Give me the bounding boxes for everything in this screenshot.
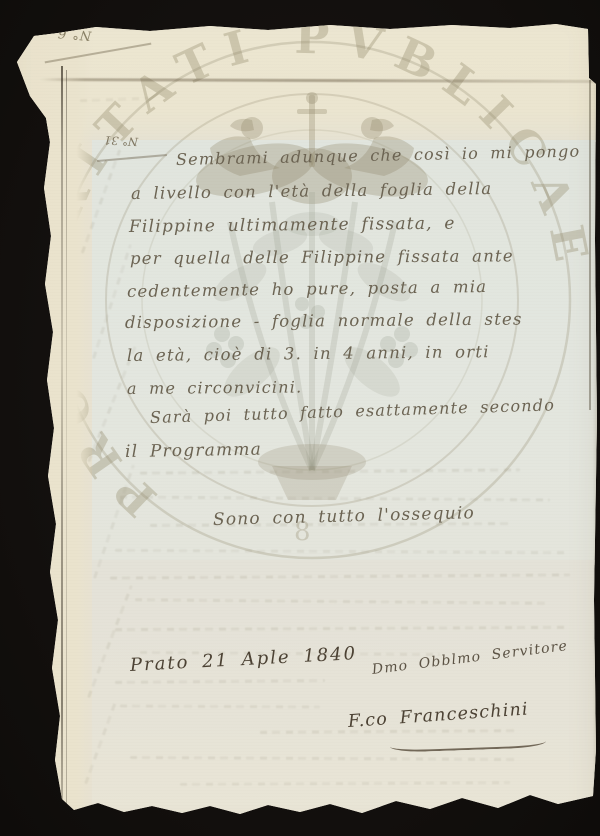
left-fold-line: [61, 66, 63, 808]
archival-number-margin-underline: [97, 154, 167, 162]
letter-line: a livello con l'età della foglia della: [131, 179, 493, 203]
bleedthrough-row: [81, 149, 121, 253]
bleedthrough-row: [135, 598, 545, 605]
bleedthrough-row: [87, 585, 133, 698]
letter-page: PROSPERITATI PVBLICAE: [0, 0, 600, 836]
dateline: Prato 21 Aple 1840: [129, 643, 357, 676]
bleedthrough-row: [110, 573, 570, 579]
bleedthrough-row: [84, 699, 118, 785]
letter-line: Sembrami adunque che così io mi pongo: [176, 142, 581, 169]
bouquet-vase: [258, 444, 366, 500]
bleedthrough-row: [130, 756, 520, 761]
underleaf-edge-strip: [0, 0, 93, 836]
signature: F.co Franceschini: [347, 699, 529, 732]
letter-line: disposizione - foglia normale della stes: [125, 310, 523, 332]
horizontal-crease: [40, 78, 596, 83]
paper-top-fold-band: [0, 0, 600, 142]
bleedthrough-row: [115, 679, 325, 684]
letter-line: la età, cioè di 3. in 4 anni, in orti: [127, 342, 490, 365]
right-fold-line: [589, 80, 591, 410]
scanner-background: PROSPERITATI PVBLICAE: [0, 0, 600, 836]
bleedthrough-row: [115, 626, 565, 631]
bleedthrough-row: [260, 729, 520, 734]
letter-line: per quella delle Filippine fissata ante: [130, 246, 514, 268]
letter-line: a me circonvicini.: [127, 377, 302, 398]
valediction: Dmo Obblmo Servitore: [371, 638, 569, 678]
bleedthrough-row: [80, 97, 150, 102]
bleedthrough-row: [140, 468, 520, 474]
bleedthrough-row: [120, 704, 320, 708]
bleedthrough-row: [180, 781, 510, 786]
bleedthrough-row: [120, 495, 550, 501]
letter-line: Filippine ultimamente fissata, e: [129, 214, 456, 237]
bouquet-leaves: [208, 212, 417, 405]
letter-line: Sarà poi tutto fatto esattamente secondo: [150, 395, 556, 427]
letter-line: il Programma: [125, 440, 262, 462]
left-fold-line-2: [66, 70, 67, 805]
archival-number-top-left: N° 6.: [51, 24, 92, 42]
archival-number-margin: N° 31: [104, 133, 139, 149]
bleedthrough-row: [92, 244, 132, 359]
letter-line: cedentemente ho pure, posta a mia: [127, 277, 488, 301]
archival-number-underline: [45, 43, 152, 64]
watermark-inscription-text: PROSPERITATI PVBLICAE: [22, 10, 600, 527]
paper-lower-area: [92, 560, 600, 815]
bleedthrough-row: [93, 464, 135, 578]
closing-line: Sono con tutto l'ossequio: [213, 503, 475, 530]
signature-flourish: [390, 735, 546, 752]
bleedthrough-row: [115, 549, 565, 554]
